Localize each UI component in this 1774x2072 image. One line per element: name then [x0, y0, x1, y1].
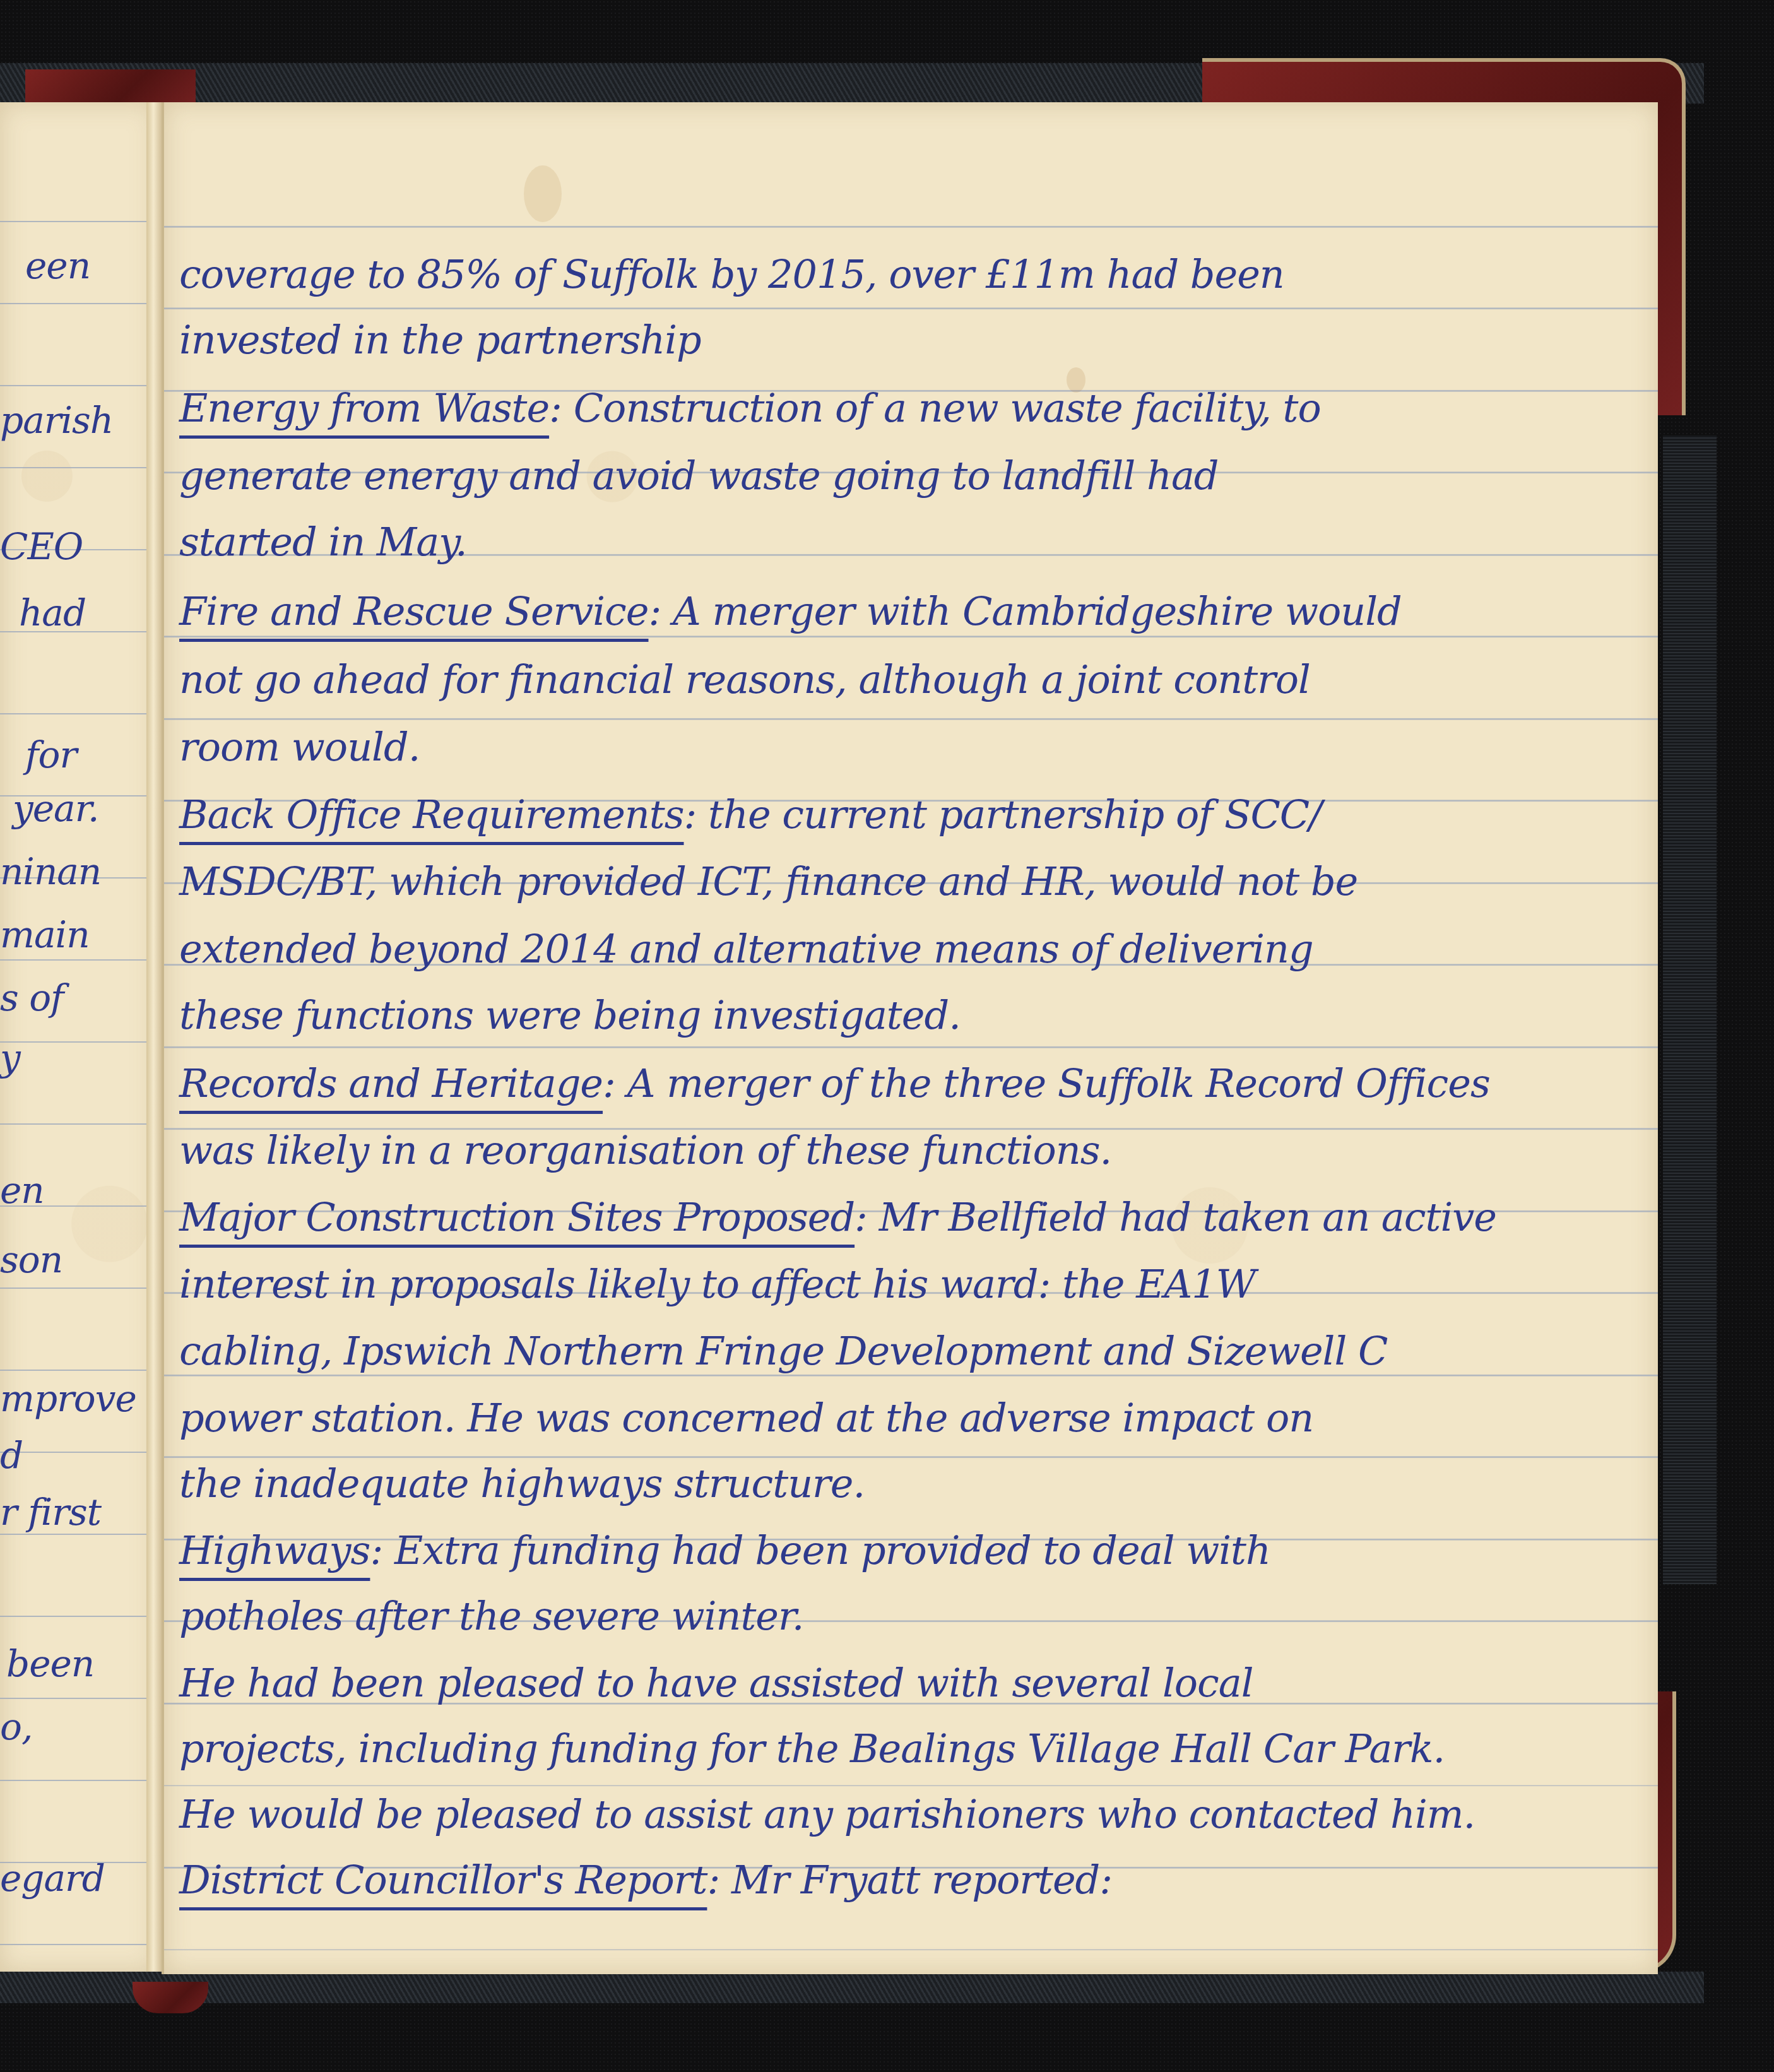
left-fragment: CEO [0, 525, 83, 568]
bookmark-ribbon-spine [1663, 435, 1717, 1584]
left-fragment: main [0, 913, 89, 956]
text-line: : Extra funding had been provided to dea… [370, 1527, 1270, 1573]
left-fragment: r first [0, 1491, 101, 1534]
left-fragment: d [0, 1434, 23, 1477]
section-district-councillors-report: District Councillor's Report: Mr Fryatt … [179, 1857, 1112, 1903]
left-fragment: een [25, 244, 90, 287]
text-line: He had been pleased to have assisted wit… [179, 1660, 1253, 1706]
left-fragment: mprove [0, 1377, 136, 1420]
left-fragment: o, [0, 1705, 32, 1748]
text-line: cabling, Ipswich Northern Fringe Develop… [179, 1328, 1387, 1374]
book-cover-bottom-edge [0, 1972, 1704, 2003]
section-heading: Major Construction Sites Proposed [179, 1194, 854, 1240]
left-fragment: egard [0, 1857, 105, 1900]
section-heading: Records and Heritage [179, 1060, 603, 1106]
leather-corner-top-left [25, 69, 196, 107]
right-page: coverage to 85% of Suffolk by 2015, over… [162, 102, 1658, 1974]
text-line: interest in proposals likely to affect h… [179, 1261, 1255, 1307]
text-line: generate energy and avoid waste going to… [179, 453, 1219, 499]
text-line: extended beyond 2014 and alternative mea… [179, 926, 1313, 972]
text-line: power station. He was concerned at the a… [179, 1395, 1313, 1441]
section-heading: Fire and Rescue Service [179, 588, 649, 634]
section-back-office: Back Office Requirements: the current pa… [179, 791, 1322, 838]
text-line: projects, including funding for the Beal… [179, 1726, 1445, 1772]
left-fragment: been [6, 1642, 94, 1685]
section-heading: Highways [179, 1527, 370, 1573]
text-line: started in May. [179, 519, 467, 565]
text-line: room would. [179, 724, 420, 770]
text-line: was likely in a reorganisation of these … [179, 1127, 1111, 1173]
text-line: invested in the partnership [179, 317, 701, 363]
left-fragment: for [25, 733, 76, 776]
left-fragment: en [0, 1169, 44, 1212]
left-fragment: y [0, 1036, 20, 1079]
text-line: potholes after the severe winter. [179, 1593, 804, 1639]
text-line: : Mr Bellfield had taken an active [854, 1194, 1496, 1240]
section-highways: Highways: Extra funding had been provide… [179, 1527, 1270, 1573]
left-page: een parish CEO had for year. ninan main … [0, 102, 157, 1972]
text-line: : A merger of the three Suffolk Record O… [603, 1060, 1490, 1106]
left-fragment: son [0, 1238, 62, 1281]
ruled-lines [0, 102, 157, 1972]
text-line: : Mr Fryatt reported: [707, 1857, 1112, 1903]
left-fragment: parish [0, 399, 113, 442]
left-fragment: had [19, 591, 86, 634]
section-heading: District Councillor's Report [179, 1857, 707, 1903]
section-major-construction-sites: Major Construction Sites Proposed: Mr Be… [179, 1194, 1496, 1240]
left-fragment: year. [13, 787, 98, 830]
text-line: the inadequate highways structure. [179, 1460, 865, 1507]
text-line: He would be pleased to assist any parish… [179, 1791, 1475, 1837]
left-fragment: s of [0, 976, 64, 1019]
text-line: coverage to 85% of Suffolk by 2015, over… [179, 251, 1284, 297]
text-line: not go ahead for financial reasons, alth… [179, 656, 1310, 702]
section-heading: Back Office Requirements [179, 791, 684, 838]
text-line: MSDC/BT, which provided ICT, finance and… [179, 858, 1357, 904]
section-fire-and-rescue: Fire and Rescue Service: A merger with C… [179, 588, 1402, 634]
left-fragment: ninan [0, 850, 101, 893]
text-line: : Construction of a new waste facility, … [549, 385, 1321, 431]
section-heading: Energy from Waste [179, 385, 549, 431]
text-line: : the current partnership of SCC/ [684, 791, 1322, 838]
text-line: these functions were being investigated. [179, 992, 961, 1038]
leather-corner-bottom-left [133, 1982, 208, 2013]
paper-stain [524, 165, 562, 222]
section-energy-from-waste: Energy from Waste: Construction of a new… [179, 385, 1321, 431]
text-line: : A merger with Cambridgeshire would [649, 588, 1402, 634]
section-records-and-heritage: Records and Heritage: A merger of the th… [179, 1060, 1490, 1106]
